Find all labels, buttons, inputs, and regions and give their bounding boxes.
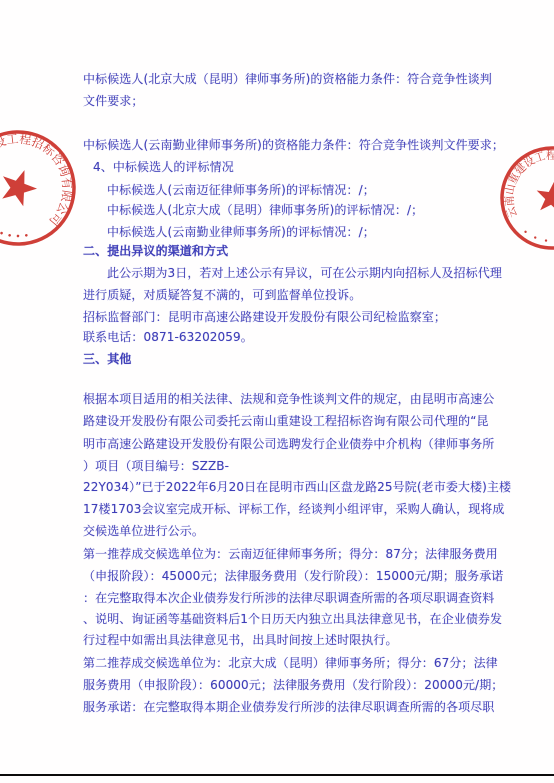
text-line: 此公示期为3日，若对上述公示有异议，可在公示期内向招标人及招标代理 <box>107 266 502 281</box>
star-icon <box>0 164 42 209</box>
seal-company-text: 云南山重建设工程招标咨询有限公司 <box>0 128 88 237</box>
text-line: 中标候选人(云南迈征律师事务所)的评标情况：/； <box>107 183 375 198</box>
seal-serial-dots <box>523 230 554 244</box>
text-line: 明市高速公路建设开发股份有限公司选聘发行企业债券中介机构（律师事务所 <box>83 437 494 452</box>
text-line: 第二推荐成交候选单位为：北京大成（昆明）律师事务所；得分：67分；法律 <box>83 656 498 671</box>
text-line: 22Y034）”已于2022年6月20日在昆明市西山区盘龙路25号院(老市委大楼… <box>83 480 511 495</box>
text-line: ）项目（项目编号：SZZB- <box>83 459 229 474</box>
seal-company-text: 云南山重建设工程招标咨询有限公司 <box>498 141 554 232</box>
text-line: 路建设开发股份有限公司委托云南山重建设工程招标咨询有限公司代理的“昆 <box>83 414 489 429</box>
text-line: 17楼1703会议室完成开标、评标工作，经谈判小组评审，采购人确认，现将成 <box>83 502 505 517</box>
text-line: 、说明、询证函等基础资料后1个日历天内独立出具法律意见书，在企业债券发 <box>83 612 502 627</box>
text-line: 文件要求； <box>83 94 144 109</box>
star-icon <box>534 179 554 214</box>
company-seal-left: 云南山重建设工程招标咨询有限公司 <box>0 128 88 268</box>
text-line: 中标候选人(北京大成（昆明）律师事务所)的评标情况：/； <box>107 203 423 218</box>
text-line: 根据本项目适用的相关法律、法规和竞争性谈判文件的规定，由昆明市高速公 <box>83 392 494 407</box>
seal-ring <box>496 142 554 255</box>
text-line: 三、其他 <box>83 352 131 367</box>
text-line: 服务承诺：在完整取得本期企业债券发行所涉的法律尽职调查所需的各项尽职 <box>83 700 494 715</box>
text-line: 服务费用（申报阶段）：60000元；法律服务费用（发行阶段）：20000元/期； <box>83 678 503 693</box>
text-line: 二、提出异议的渠道和方式 <box>83 244 228 259</box>
text-line: 第一推荐成交候选单位为：云南迈征律师事务所；得分：87分；法律服务费用 <box>83 547 498 562</box>
scanned-document-page: 中标候选人(北京大成（昆明）律师事务所)的资格能力条件：符合竞争性谈判文件要求；… <box>0 0 554 783</box>
text-line: 行过程中如需出具法律意见书，出具时间按上述时限执行。 <box>83 633 398 648</box>
text-line: 交候选单位进行公示。 <box>83 524 204 539</box>
seal-ring <box>0 128 88 260</box>
text-line: 联系电话：0871-63202059。 <box>83 330 253 345</box>
text-line: 招标监督部门：昆明市高速公路建设开发股份有限公司纪检监察室； <box>83 310 446 325</box>
text-line: 进行质疑，对质疑答复不满的，可到监督单位投诉。 <box>83 288 361 303</box>
text-line: 中标候选人(云南勤业律师事务所)的评标情况：/； <box>107 225 375 240</box>
text-line: 中标候选人(云南勤业律师事务所)的资格能力条件：符合竞争性谈判文件要求； <box>83 138 504 153</box>
text-line: 4、中标候选人的评标情况 <box>93 160 234 175</box>
page-boundary-line <box>0 774 554 776</box>
text-line: 中标候选人(北京大成（昆明）律师事务所)的资格能力条件：符合竞争性谈判 <box>83 72 492 87</box>
text-line: （申报阶段）：45000元；法律服务费用（发行阶段）：15000元/期；服务承诺 <box>83 569 503 584</box>
text-line: ：在完整取得本次企业债券发行所涉的法律尽职调查所需的各项尽职调查资料 <box>83 591 494 606</box>
seal-serial-dots <box>0 217 28 243</box>
